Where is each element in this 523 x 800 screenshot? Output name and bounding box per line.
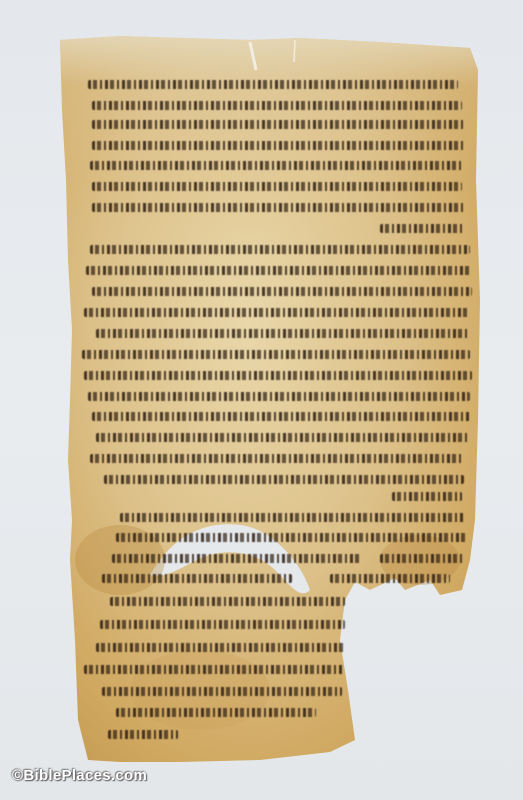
manuscript-photo — [0, 0, 523, 800]
watermark: ©BiblePlaces.com — [12, 767, 147, 784]
